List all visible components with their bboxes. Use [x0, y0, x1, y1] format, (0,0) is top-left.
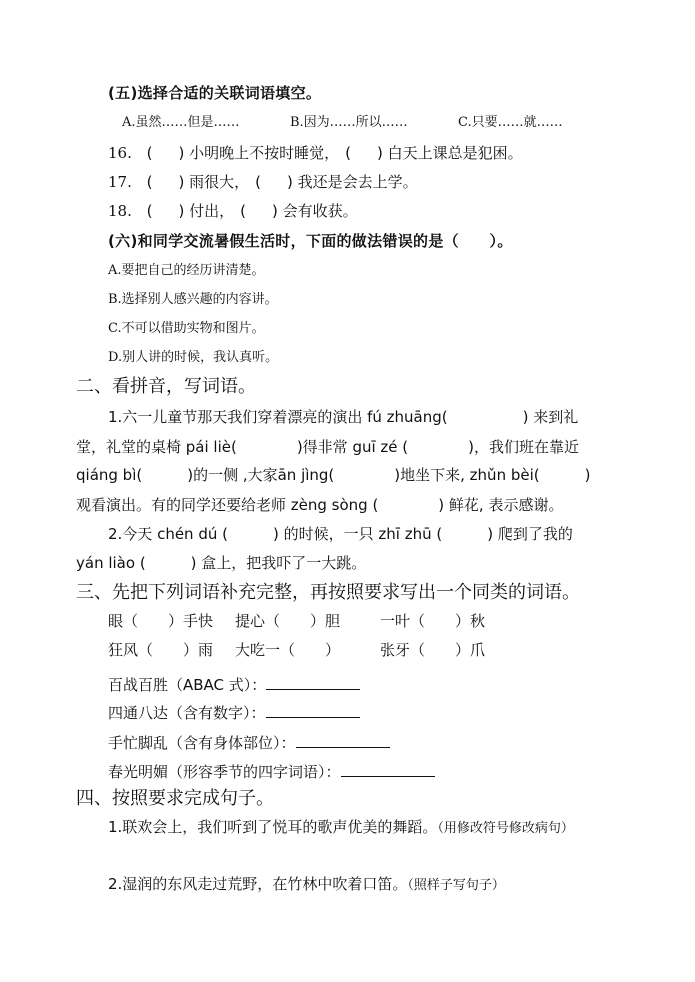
- section-5-title: (五)选择合适的关联词语填空。: [108, 86, 321, 101]
- idiom-6[interactable]: 张牙（ ）爪: [380, 643, 485, 658]
- sentence-1-hint: （用修改符号修改病句）: [437, 821, 574, 836]
- question-16: 16. () 小明晚上不按时睡觉，() 白天上课总是犯困。: [108, 146, 523, 161]
- pinyin-line-2[interactable]: 堂，礼堂的桌椅 pái liè( )得非常 guī zé ( )，我们班在靠近: [76, 440, 579, 455]
- sentence-1[interactable]: 1.联欢会上，我们听到了悦耳的歌声优美的舞蹈。（用修改符号修改病句）: [108, 820, 574, 835]
- prompt-number: 四通八达（含有数字）：: [108, 703, 360, 721]
- blank-close[interactable]: ): [179, 173, 185, 191]
- blank-open[interactable]: (: [147, 173, 153, 191]
- answer-line[interactable]: [296, 733, 390, 748]
- blank-close[interactable]: ): [272, 202, 278, 220]
- blank-open[interactable]: (: [345, 144, 351, 162]
- sentence-2[interactable]: 2.湿润的东风走过荒野，在竹林中吹着口笛。（照样子写句子）: [108, 877, 505, 892]
- answer-line[interactable]: [266, 703, 360, 718]
- answer-line[interactable]: [341, 762, 435, 777]
- option-c: C.只要……就……: [458, 116, 563, 129]
- idiom-4[interactable]: 狂风（ ）雨: [108, 643, 213, 658]
- pinyin-line-1[interactable]: 1.六一儿童节那天我们穿着漂亮的演出 fú zhuāng( ) 来到礼: [108, 410, 578, 425]
- idiom-2[interactable]: 提心（ ）胆: [235, 614, 340, 629]
- pinyin-line-5[interactable]: 2.今天 chén dú ( ) 的时候，一只 zhī zhū ( ) 爬到了我…: [108, 527, 573, 542]
- blank-open[interactable]: (: [147, 202, 153, 220]
- question-18: 18. () 付出，() 会有收获。: [108, 204, 358, 219]
- option-b: B.因为……所以……: [290, 116, 408, 129]
- pinyin-line-3[interactable]: qiáng bì( )的一侧 ,大家ān jìng( )地坐下来, zhǔn b…: [76, 468, 590, 483]
- question-number: 16.: [108, 144, 132, 162]
- idiom-5[interactable]: 大吃一（ ）: [235, 643, 340, 658]
- sentence-2-hint: （照样子写句子）: [407, 878, 505, 893]
- blank-open[interactable]: (: [255, 173, 261, 191]
- answer-line[interactable]: [266, 675, 360, 690]
- prompt-season: 春光明媚（形容季节的四字词语）：: [108, 762, 435, 780]
- choice-c[interactable]: C.不可以借助实物和图片。: [108, 322, 265, 335]
- part-4-title: 四、按照要求完成句子。: [76, 790, 274, 808]
- prompt-body-part: 手忙脚乱（含有身体部位）：: [108, 733, 390, 751]
- choice-d[interactable]: D.别人讲的时候，我认真听。: [108, 351, 278, 364]
- question-number: 17.: [108, 173, 132, 191]
- blank-open[interactable]: (: [147, 144, 153, 162]
- choice-b[interactable]: B.选择别人感兴趣的内容讲。: [108, 293, 278, 306]
- idiom-1[interactable]: 眼（ ）手快: [108, 614, 213, 629]
- option-a: A.虽然……但是……: [122, 116, 240, 129]
- pinyin-line-6[interactable]: yán liào ( ) 盒上，把我吓了一大跳。: [76, 556, 366, 571]
- blank-close[interactable]: ): [377, 144, 383, 162]
- question-number: 18.: [108, 202, 132, 220]
- prompt-abac: 百战百胜（ABAC 式）：: [108, 675, 360, 693]
- blank-open[interactable]: (: [240, 202, 246, 220]
- blank-close[interactable]: ): [287, 173, 293, 191]
- choice-a[interactable]: A.要把自己的经历讲清楚。: [108, 264, 265, 277]
- section-6-title: (六)和同学交流暑假生活时，下面的做法错误的是（ ）。: [108, 234, 513, 249]
- blank-close[interactable]: ): [179, 144, 185, 162]
- pinyin-line-4[interactable]: 观看演出。有的同学还要给老师 zèng sòng ( ) 鲜花, 表示感谢。: [76, 498, 563, 513]
- blank-close[interactable]: ): [179, 202, 185, 220]
- idiom-3[interactable]: 一叶（ ）秋: [380, 614, 485, 629]
- question-17: 17. () 雨很大，() 我还是会去上学。: [108, 175, 418, 190]
- part-3-title: 三、先把下列词语补充完整，再按照要求写出一个同类的词语。: [76, 584, 580, 602]
- part-2-title: 二、看拼音，写词语。: [76, 378, 256, 396]
